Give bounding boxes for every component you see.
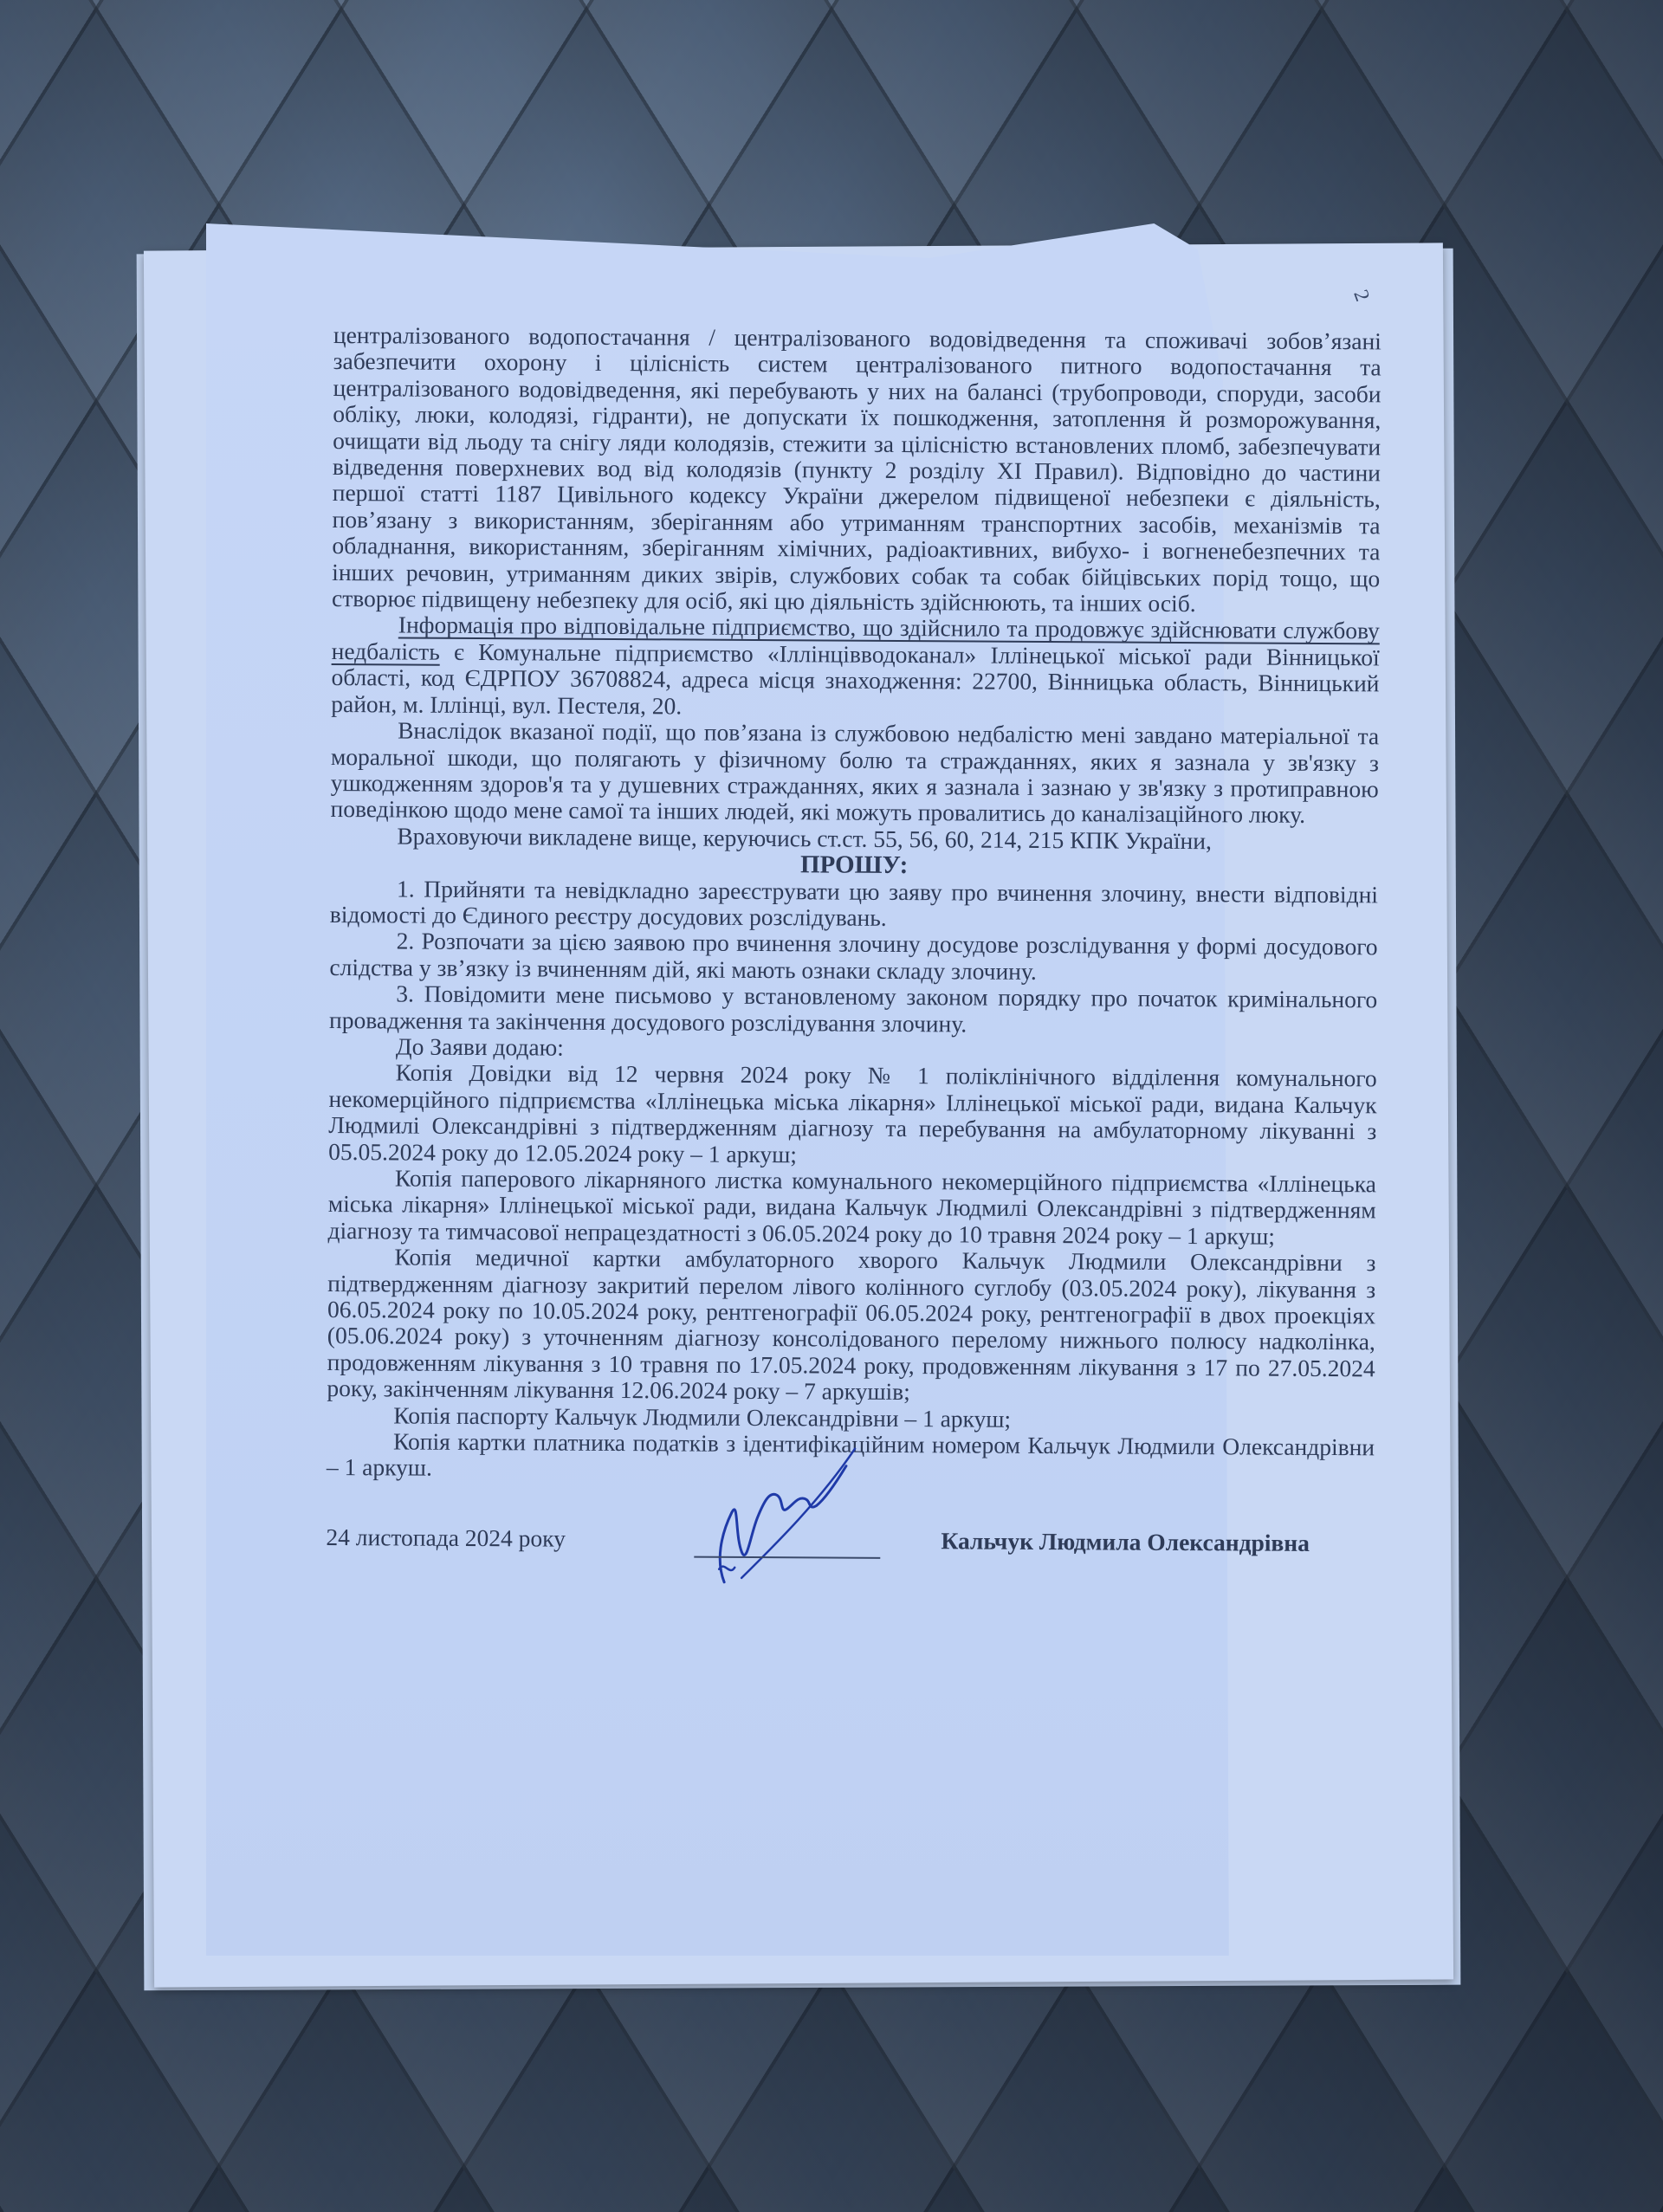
attachment-item-3: Копія медичної картки амбулаторного хвор…: [327, 1244, 1375, 1408]
signature-date: 24 листопада 2024 року: [326, 1524, 566, 1552]
paragraph-responsible-enterprise: Інформація про відповідальне підприємств…: [331, 611, 1380, 723]
responsible-enterprise-details: є Комунальне підприємство «Іллінцівводок…: [331, 638, 1380, 720]
attachment-item-2: Копія паперового лікарняного листка кому…: [327, 1165, 1376, 1251]
request-item-2: 2. Розпочати за цією заявою про вчинення…: [329, 928, 1377, 986]
paragraph-water-supply-obligations: централізованого водопостачання / центра…: [332, 322, 1382, 618]
request-item-3: 3. Повідомити мене письмово у встановлен…: [329, 980, 1377, 1039]
attachment-item-1: Копія Довідки від 12 червня 2024 року № …: [328, 1059, 1377, 1171]
paragraph-damage: Внаслідок вказаної події, що пов’язана і…: [330, 717, 1379, 829]
request-item-1: 1. Прийняти та невідкладно зареєструвати…: [330, 876, 1378, 935]
handwritten-signature-icon: [689, 1430, 864, 1595]
signatory-name: Кальчук Людмила Олександрівна: [941, 1528, 1310, 1556]
signature-block: 24 листопада 2024 року Кальчук Людмила О…: [326, 1502, 1374, 1568]
document-body: централізованого водопостачання / центра…: [326, 322, 1382, 1568]
